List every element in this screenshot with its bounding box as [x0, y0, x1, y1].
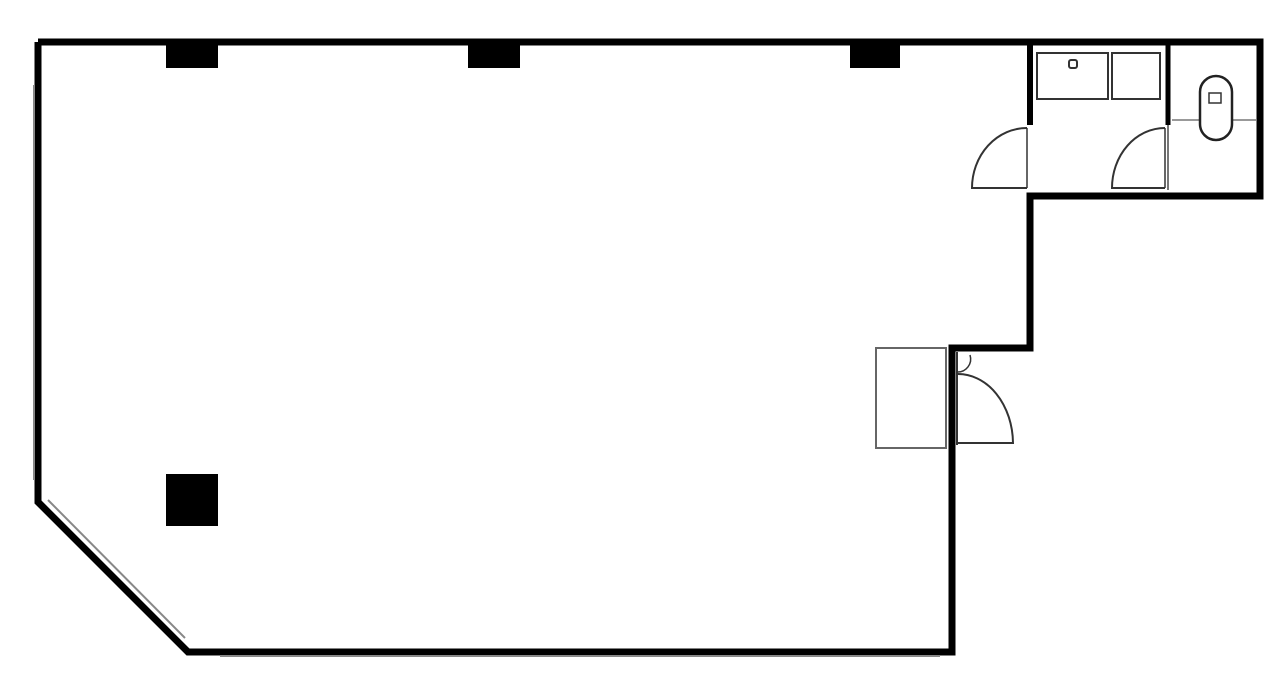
entrance-step [876, 348, 946, 448]
toilet [1200, 76, 1232, 140]
column [166, 42, 218, 68]
floor-plan [0, 0, 1280, 681]
toilet-door[interactable] [1112, 128, 1165, 188]
cabinet [1112, 53, 1160, 99]
toilet-tank [1209, 93, 1221, 103]
column [166, 474, 218, 526]
exterior-wall [38, 42, 1260, 448]
exterior-wall-lower [38, 42, 952, 652]
sink-faucet [1069, 60, 1077, 68]
window-diagonal [48, 500, 185, 638]
column [468, 42, 520, 68]
washroom-door[interactable] [972, 128, 1027, 188]
entrance-door[interactable] [957, 352, 1013, 445]
column [850, 42, 900, 68]
